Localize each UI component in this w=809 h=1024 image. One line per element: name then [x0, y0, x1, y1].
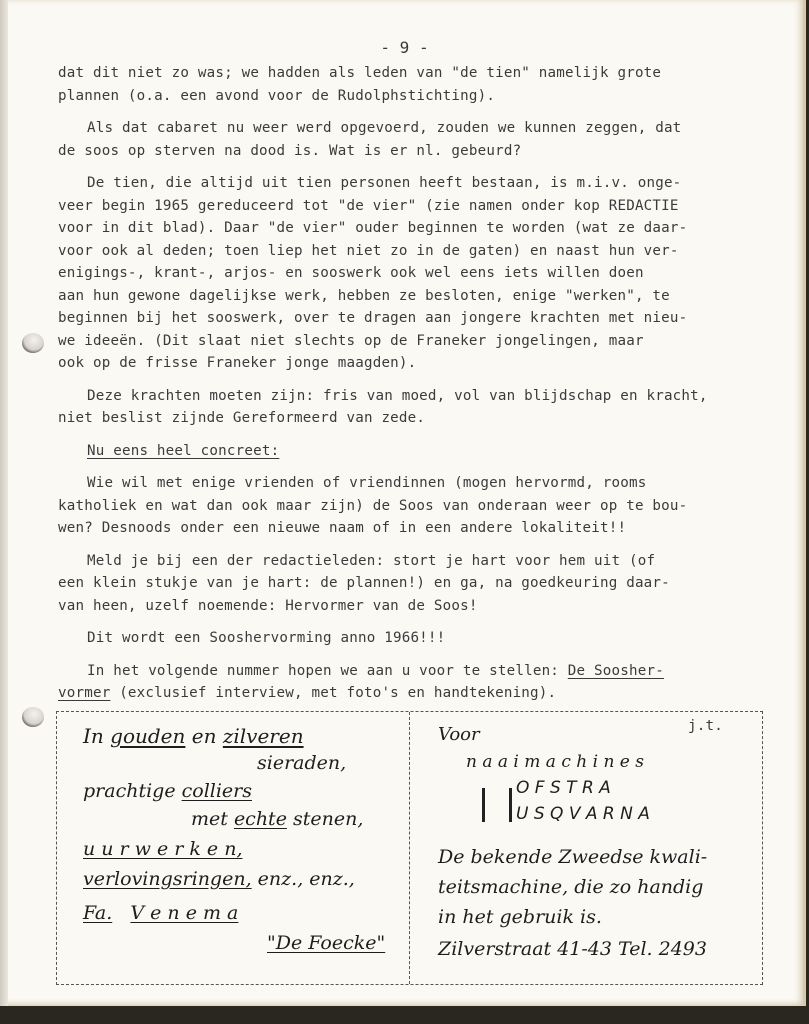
- document-page: - 9 - dat dit niet zo was; we hadden als…: [0, 0, 806, 1006]
- binder-hole: [22, 707, 44, 727]
- brand-husqvarna: U S Q V A R N A: [516, 804, 650, 824]
- paragraph: dat dit niet zo was; we hadden als leden…: [58, 62, 778, 107]
- ad-line: u u r w e r k e n,: [83, 838, 243, 860]
- underlined-title: De Soosher-: [568, 663, 664, 679]
- ad-line: Fa. V e n e m a: [83, 902, 238, 924]
- ad-line: n a a i m a c h i n e s: [466, 752, 644, 772]
- underlined-title-cont: vormer: [58, 685, 110, 701]
- paragraph: Als dat cabaret nu weer werd opgevoerd, …: [58, 117, 778, 162]
- ad-line: in het gebruik is.: [438, 906, 602, 928]
- section-heading: Nu eens heel concreet:: [58, 440, 778, 463]
- ad-line: verlovingsringen, enz., enz.,: [83, 868, 355, 890]
- binder-hole: [22, 333, 44, 353]
- ad-line: In gouden en zilveren: [83, 724, 304, 748]
- ad-line: "De Foecke": [267, 932, 385, 954]
- h-logo-icon: [482, 788, 512, 822]
- ad-address: Zilverstraat 41-43 Tel. 2493: [438, 938, 707, 960]
- ad-line: met echte stenen,: [191, 808, 363, 830]
- paragraph: De tien, die altijd uit tien personen he…: [58, 172, 778, 375]
- page-number: - 9 -: [0, 38, 809, 57]
- brand-hofstra: O F S T R A: [516, 778, 611, 798]
- paragraph: Wie wil met enige vrienden of vriendinne…: [58, 472, 778, 540]
- paragraph: Meld je bij een der redactieleden: stort…: [58, 550, 778, 618]
- ad-hofstra-husqvarna: Voor n a a i m a c h i n e s O F S T R A…: [410, 712, 762, 984]
- paragraph: Deze krachten moeten zijn: fris van moed…: [58, 385, 778, 430]
- binding-edge: [0, 0, 8, 1006]
- ad-line: teitsmachine, die zo handig: [438, 876, 703, 898]
- advertisements-box: In gouden en zilveren sieraden, prachtig…: [56, 711, 763, 985]
- paragraph: Dit wordt een Sooshervorming anno 1966!!…: [58, 627, 778, 650]
- ad-venema-jeweller: In gouden en zilveren sieraden, prachtig…: [57, 712, 410, 984]
- ad-line: prachtige colliers: [83, 780, 252, 802]
- ad-line: De bekende Zweedse kwali-: [438, 846, 707, 868]
- article-body: dat dit niet zo was; we hadden als leden…: [58, 62, 778, 747]
- ad-line: Voor: [438, 724, 480, 745]
- ad-line: sieraden,: [257, 752, 346, 774]
- paragraph-next-issue: In het volgende nummer hopen we aan u vo…: [58, 660, 778, 705]
